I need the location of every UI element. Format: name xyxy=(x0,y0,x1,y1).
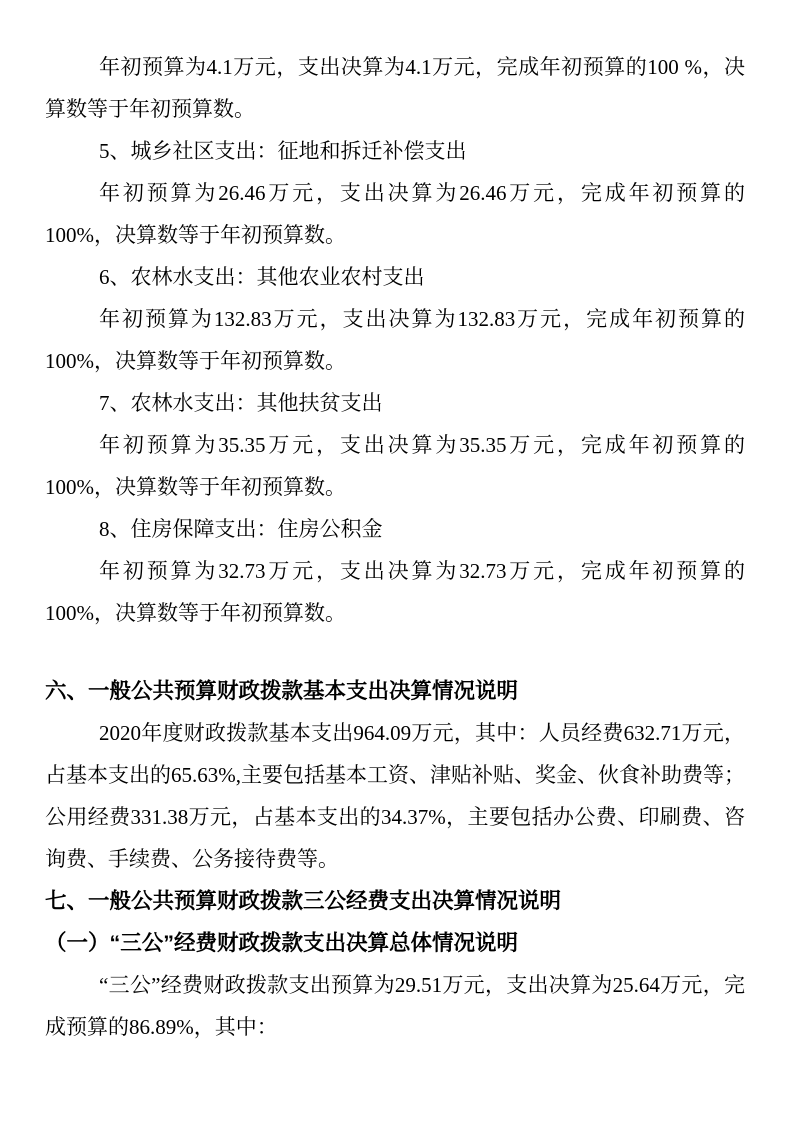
section-heading-seven-three-public-funds: 七、一般公共预算财政拨款三公经费支出决算情况说明 xyxy=(45,880,745,922)
budget-paragraph-poverty-alleviation: 年初预算为35.35万元，支出决算为35.35万元，完成年初预算的100%，决算… xyxy=(45,424,745,508)
budget-paragraph-housing-fund: 年初预算为32.73万元，支出决算为32.73万元，完成年初预算的100%，决算… xyxy=(45,550,745,634)
budget-paragraph-urban-rural-community: 年初预算为26.46万元，支出决算为26.46万元，完成年初预算的100%，决算… xyxy=(45,172,745,256)
list-item-5-urban-rural-community: 5、城乡社区支出：征地和拆迁补偿支出 xyxy=(45,130,745,172)
list-item-8-housing-security: 8、住房保障支出：住房公积金 xyxy=(45,508,745,550)
list-item-7-poverty-alleviation: 7、农林水支出：其他扶贫支出 xyxy=(45,382,745,424)
document-page: 年初预算为4.1万元，支出决算为4.1万元，完成年初预算的100 %，决算数等于… xyxy=(0,0,793,1122)
list-item-6-agriculture-forestry-water: 6、农林水支出：其他农业农村支出 xyxy=(45,256,745,298)
three-public-funds-summary-paragraph: “三公”经费财政拨款支出预算为29.51万元，支出决算为25.64万元，完成预算… xyxy=(45,964,745,1048)
document-content: 年初预算为4.1万元，支出决算为4.1万元，完成年初预算的100 %，决算数等于… xyxy=(45,46,745,1048)
budget-paragraph-general-public-service: 年初预算为4.1万元，支出决算为4.1万元，完成年初预算的100 %，决算数等于… xyxy=(45,46,745,130)
basic-expenditure-detail-paragraph: 2020年度财政拨款基本支出964.09万元，其中：人员经费632.71万元，占… xyxy=(45,712,745,880)
budget-paragraph-other-agriculture-rural: 年初预算为132.83万元，支出决算为132.83万元，完成年初预算的100%，… xyxy=(45,298,745,382)
subsection-heading-one-overall-situation: （一）“三公”经费财政拨款支出决算总体情况说明 xyxy=(45,922,745,964)
section-heading-six-basic-expenditure: 六、一般公共预算财政拨款基本支出决算情况说明 xyxy=(45,670,745,712)
